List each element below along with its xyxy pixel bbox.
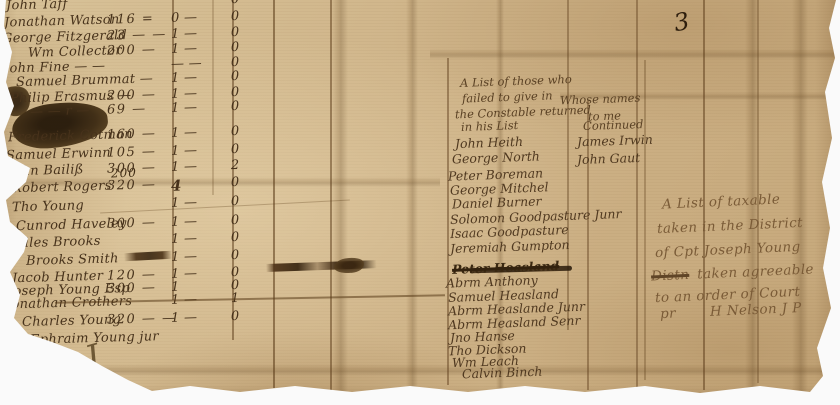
tax-cell: 0 — [231, 230, 240, 245]
ruled-line — [567, 0, 569, 330]
tax-cell: 0 — [231, 309, 240, 324]
name-cell: John Taff — [6, 0, 68, 13]
acreage-cell: 105 — — [107, 144, 157, 160]
ruled-line — [447, 58, 449, 385]
stray-ink-mark: 3 — [672, 7, 692, 37]
note-line: Distntaken agreeable — [651, 261, 814, 284]
poll-cell: 1 — — [171, 125, 198, 141]
tax-cell: 0 — [231, 25, 240, 40]
list-heading-line: failed to give in — [462, 88, 553, 105]
manuscript-photo: 200 3 J John Taff0Jonathan Watson116 =0 … — [0, 0, 840, 405]
poll-cell: 1 — — [171, 195, 198, 211]
list-heading-line: in his List — [461, 118, 519, 134]
name-cell: Giles Brooks — [14, 234, 101, 251]
horizontal-crease — [430, 49, 840, 59]
vertical-crease — [406, 0, 418, 405]
vertical-crease — [332, 0, 348, 405]
name-cell: Brooks Smith — [26, 251, 119, 269]
tax-cell: 0 — [231, 213, 240, 228]
list-name: Calvin Binch — [462, 364, 543, 382]
name-cell: Tho Young — [12, 198, 84, 215]
poll-cell: 1 — — [171, 231, 198, 247]
acreage-cell: 23 — — — [107, 27, 167, 44]
tax-cell: 0 — [231, 9, 240, 24]
name-cell: Jonathan Crothers — [6, 294, 133, 313]
tax-cell: 0 — [231, 55, 240, 70]
note-word: of Cpt Joseph Young — [655, 239, 801, 261]
horizontal-crease — [0, 364, 840, 376]
list-name: Jeremiah Gumpton — [450, 237, 570, 256]
vertical-crease — [792, 0, 808, 405]
tax-cell: 0 — [231, 194, 240, 209]
poll-cell: 1 — — [171, 100, 198, 116]
tax-cell: 0 — [231, 40, 240, 55]
poll-cell: 1 — — [171, 292, 198, 308]
note-word: taken agreeable — [697, 261, 814, 282]
list-heading-side: Continued — [583, 117, 644, 133]
name-cell: — — r — — [30, 103, 90, 120]
poll-cell: 1 — — [171, 70, 198, 86]
note-word: A List of taxable — [662, 191, 781, 212]
tax-cell: 1 — [231, 291, 240, 306]
tax-cell: 0 — [231, 175, 240, 190]
ruled-line — [330, 0, 332, 390]
note-line: of Cpt Joseph Young — [655, 239, 801, 261]
continued-name: James Irwin — [577, 132, 653, 150]
name-cell: Ephraim Young jur — [30, 329, 159, 348]
tax-cell: 0 — [231, 248, 240, 263]
note-line: taken in the District — [657, 215, 804, 237]
tax-cell: 0 — [231, 85, 240, 100]
acreage-cell: 69 — — [107, 102, 147, 118]
tax-cell: 0 — [231, 99, 240, 114]
paper-sheet: 200 3 J John Taff0Jonathan Watson116 =0 … — [0, 0, 840, 405]
poll-cell: 1 — — [171, 249, 198, 265]
poll-cell: 1 — — [171, 26, 198, 42]
note-line: A List of taxable — [662, 191, 781, 212]
name-cell: John Bailiß — [8, 162, 84, 179]
ruled-line — [644, 60, 646, 380]
acreage-cell: 300 — — [107, 215, 157, 231]
tax-cell: 0 — [231, 142, 240, 157]
poll-cell: 1 — — [171, 41, 198, 57]
continued-name: John Gaut — [577, 150, 641, 167]
tax-cell: 0 — [231, 0, 240, 7]
note-word: Distn — [651, 267, 690, 285]
poll-cell: 4 — [171, 177, 182, 195]
note-word: taken in the District — [657, 215, 804, 237]
note-word: pr — [660, 305, 677, 322]
name-cell: Samuel Erwinn — [6, 146, 111, 164]
tax-cell: 0 — [231, 124, 240, 139]
tax-cell: 0 — [231, 69, 240, 84]
acreage-cell: 116 = — [107, 11, 155, 27]
acreage-cell: 160 — — [107, 126, 157, 142]
list-name: George North — [452, 148, 540, 166]
poll-cell: 1 — — [171, 159, 198, 175]
acreage-cell: 320 — — — [107, 311, 177, 328]
note-word: H Nelson J P — [710, 300, 802, 320]
list-heading-line: A List of those who — [460, 72, 572, 90]
acreage-cell: 300 — — [107, 160, 157, 176]
poll-cell: 0 — — [171, 10, 198, 26]
ink-smear-blob — [334, 257, 365, 274]
tax-cell: 2 — [231, 158, 240, 173]
acreage-cell: 200 — — [107, 42, 157, 58]
poll-cell: 1 — — [171, 143, 198, 159]
name-cell: Robert Rogers — [12, 178, 112, 196]
poll-cell: 1 — — [171, 310, 198, 326]
ruled-line — [636, 0, 638, 388]
poll-cell: 1 — — [171, 214, 198, 230]
acreage-cell: 320 — — [107, 177, 157, 193]
